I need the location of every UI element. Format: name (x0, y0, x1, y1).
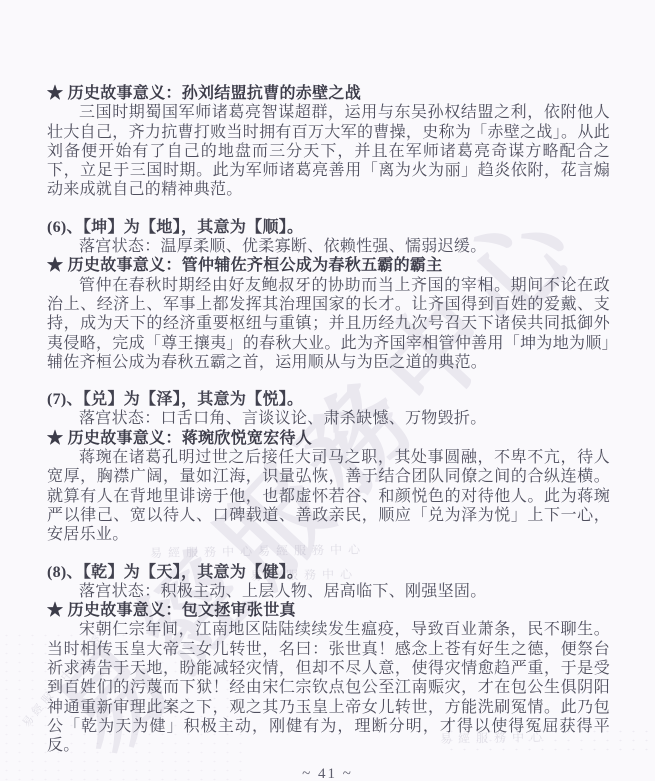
palace-state: 落宫状态：温厚柔顺、优柔寡断、依赖性强、懦弱迟缓。 (47, 237, 610, 256)
story-heading: ★ 历史故事意义：孙刘结盟抗曹的赤壁之战 (47, 84, 610, 103)
story-heading: ★ 历史故事意义：蒋琬欣悦宽宏待人 (47, 429, 610, 448)
scanned-book-page: 易經服務中心 易經服務中心易經服務中心 易經服務中心 易經服務中心 易經服務中心… (0, 0, 655, 781)
story-heading: ★ 历史故事意义：管仲辅佐齐桓公成为春秋五霸的霸主 (47, 256, 610, 275)
trigram-section-kun: (6)、【坤】为【地】，其意为【顺】。 落宫状态：温厚柔顺、优柔寡断、依赖性强、… (47, 218, 610, 372)
trigram-section-dui: (7)、【兑】为【泽】，其意为【悦】。 落宫状态：口舌口角、言谈议论、肃杀缺憾、… (47, 390, 610, 544)
story-paragraph: 管仲在春秋时期经由好友鲍叔牙的协助而当上齐国的宰相。期间不论在政治上、经济上、军… (47, 276, 610, 372)
palace-state: 落宫状态：积极主动、上层人物、居高临下、刚强坚固。 (47, 582, 610, 601)
trigram-title: (7)、【兑】为【泽】，其意为【悦】。 (47, 390, 610, 409)
story-paragraph: 蒋琬在诸葛孔明过世之后接任大司马之职，其处事圆融，不卑不亢，待人宽厚，胸襟广阔，… (47, 448, 610, 544)
trigram-title: (8)、【乾】为【天】，其意为【健】。 (47, 563, 610, 582)
page-body: ★ 历史故事意义：孙刘结盟抗曹的赤壁之战 三国时期蜀国军师诸葛亮智谋超群，运用与… (47, 84, 610, 756)
palace-state: 落宫状态：口舌口角、言谈议论、肃杀缺憾、万物毁折。 (47, 409, 610, 428)
story-paragraph: 三国时期蜀国军师诸葛亮智谋超群，运用与东吴孙权结盟之利，依附他人壮大自己，齐力抗… (47, 103, 610, 199)
page-number: ~ 41 ~ (0, 766, 655, 781)
story-section-chibi: ★ 历史故事意义：孙刘结盟抗曹的赤壁之战 三国时期蜀国军师诸葛亮智谋超群，运用与… (47, 84, 610, 200)
story-paragraph: 宋朝仁宗年间，江南地区陆陆续续发生瘟疫，导致百业萧条，民不聊生。当时相传玉皇大帝… (47, 620, 610, 755)
trigram-section-qian: (8)、【乾】为【天】，其意为【健】。 落宫状态：积极主动、上层人物、居高临下、… (47, 563, 610, 756)
trigram-title: (6)、【坤】为【地】，其意为【顺】。 (47, 218, 610, 237)
story-heading: ★ 历史故事意义：包文拯审张世真 (47, 601, 610, 620)
